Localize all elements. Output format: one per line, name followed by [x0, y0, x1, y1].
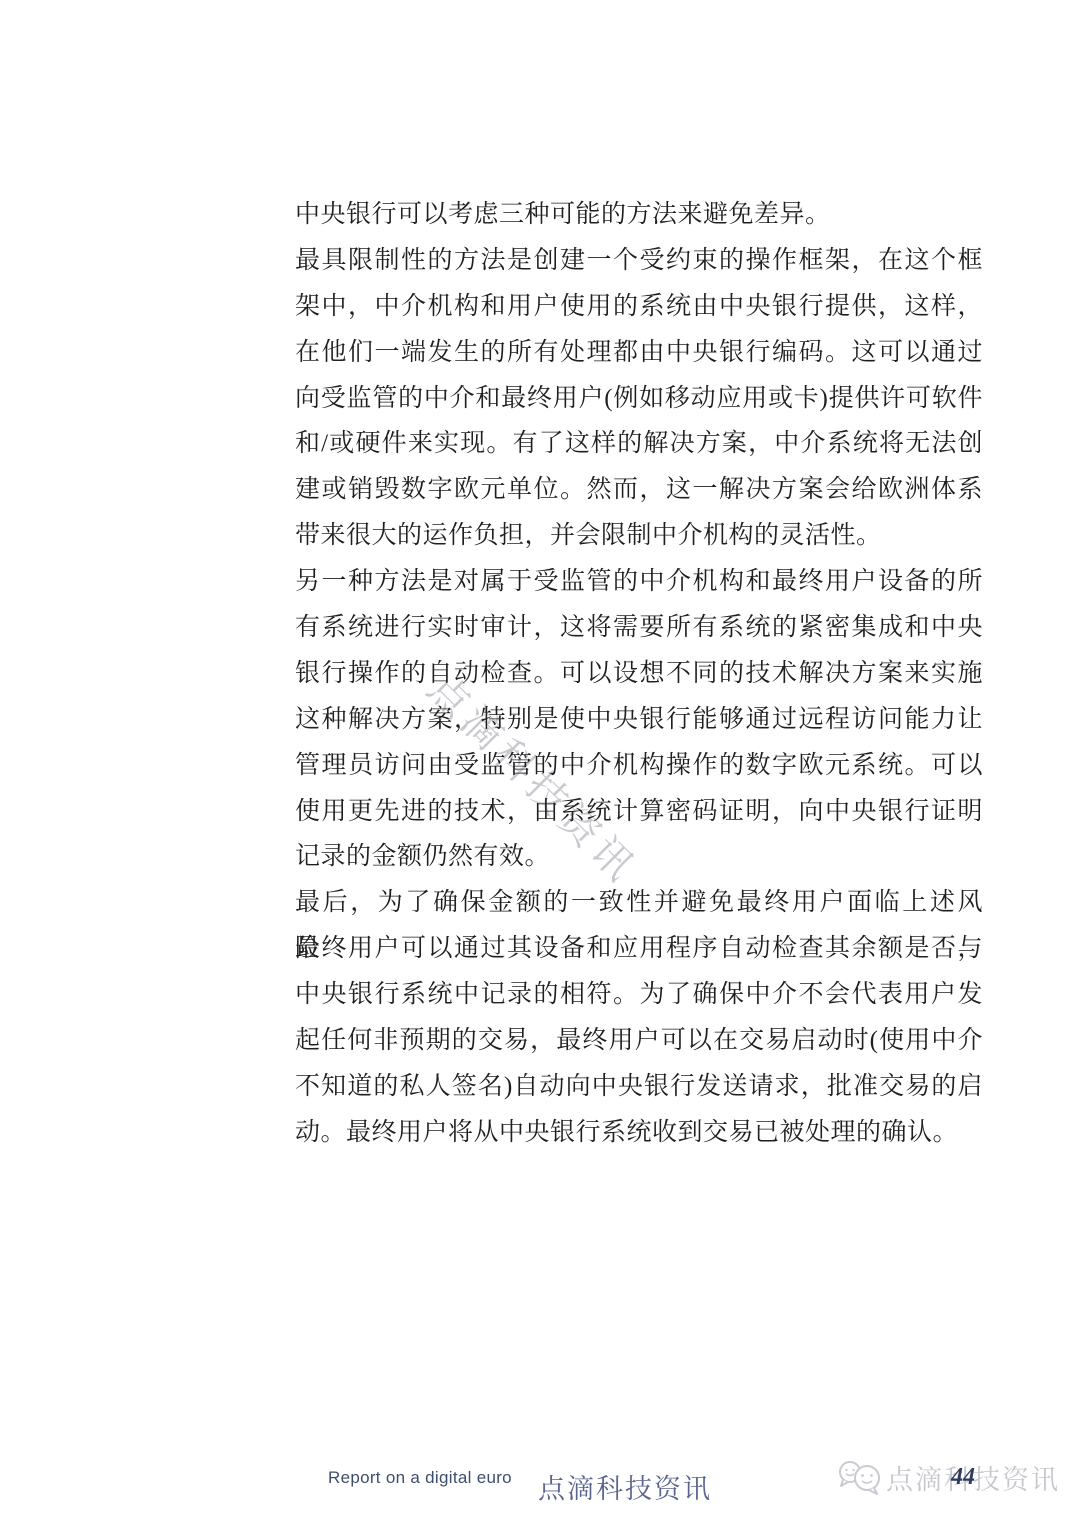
body-text-line: 起任何非预期的交易，最终用户可以在交易启动时(使用中介	[295, 1018, 983, 1064]
body-text-line: 有系统进行实时审计，这将需要所有系统的紧密集成和中央	[295, 605, 983, 651]
body-text-line: 架中，中介机构和用户使用的系统由中央银行提供，这样，	[295, 284, 983, 330]
body-text-line: 另一种方法是对属于受监管的中介机构和最终用户设备的所	[295, 559, 983, 605]
body-text-line: 使用更先进的技术，由系统计算密码证明，向中央银行证明	[295, 789, 983, 835]
body-text-line: 管理员访问由受监管的中介机构操作的数字欧元系统。可以	[295, 743, 983, 789]
body-text-line: 中央银行可以考虑三种可能的方法来避免差异。	[295, 192, 983, 238]
footer-logo-group: 点滴科技资讯	[836, 1458, 1060, 1497]
wechat-bubbles-icon	[836, 1459, 884, 1497]
body-text-line: 向受监管的中介和最终用户(例如移动应用或卡)提供许可软件	[295, 376, 983, 422]
body-text-line: 最具限制性的方法是创建一个受约束的操作框架，在这个框	[295, 238, 983, 284]
body-text-line: 不知道的私人签名)自动向中央银行发送请求，批准交易的启	[295, 1064, 983, 1110]
body-text-line: 最终用户可以通过其设备和应用程序自动检查其余额是否与	[295, 926, 983, 972]
page-number: 44	[951, 1464, 975, 1491]
body-text-line: 这种解决方案，特别是使中央银行能够通过远程访问能力让	[295, 697, 983, 743]
body-text-line: 在他们一端发生的所有处理都由中央银行编码。这可以通过	[295, 330, 983, 376]
footer-brand-text: 点滴科技资讯	[538, 1467, 712, 1506]
body-text-line: 建或销毁数字欧元单位。然而，这一解决方案会给欧洲体系	[295, 467, 983, 513]
footer-report-title: Report on a digital euro	[328, 1468, 512, 1488]
body-text-line: 和/或硬件来实现。有了这样的解决方案，中介系统将无法创	[295, 421, 983, 467]
body-text-line: 动。最终用户将从中央银行系统收到交易已被处理的确认。	[295, 1110, 983, 1156]
body-text-line: 记录的金额仍然有效。	[295, 834, 983, 880]
body-text-line: 银行操作的自动检查。可以设想不同的技术解决方案来实施	[295, 651, 983, 697]
body-text-line: 中央银行系统中记录的相符。为了确保中介不会代表用户发	[295, 972, 983, 1018]
document-page: 点滴科技资讯 中央银行可以考虑三种可能的方法来避免差异。最具限制性的方法是创建一…	[0, 0, 1080, 1528]
body-text-line: 最后，为了确保金额的一致性并避免最终用户面临上述风险，	[295, 880, 983, 926]
body-text-line: 带来很大的运作负担，并会限制中介机构的灵活性。	[295, 513, 983, 559]
body-text-block: 中央银行可以考虑三种可能的方法来避免差异。最具限制性的方法是创建一个受约束的操作…	[295, 192, 983, 1156]
